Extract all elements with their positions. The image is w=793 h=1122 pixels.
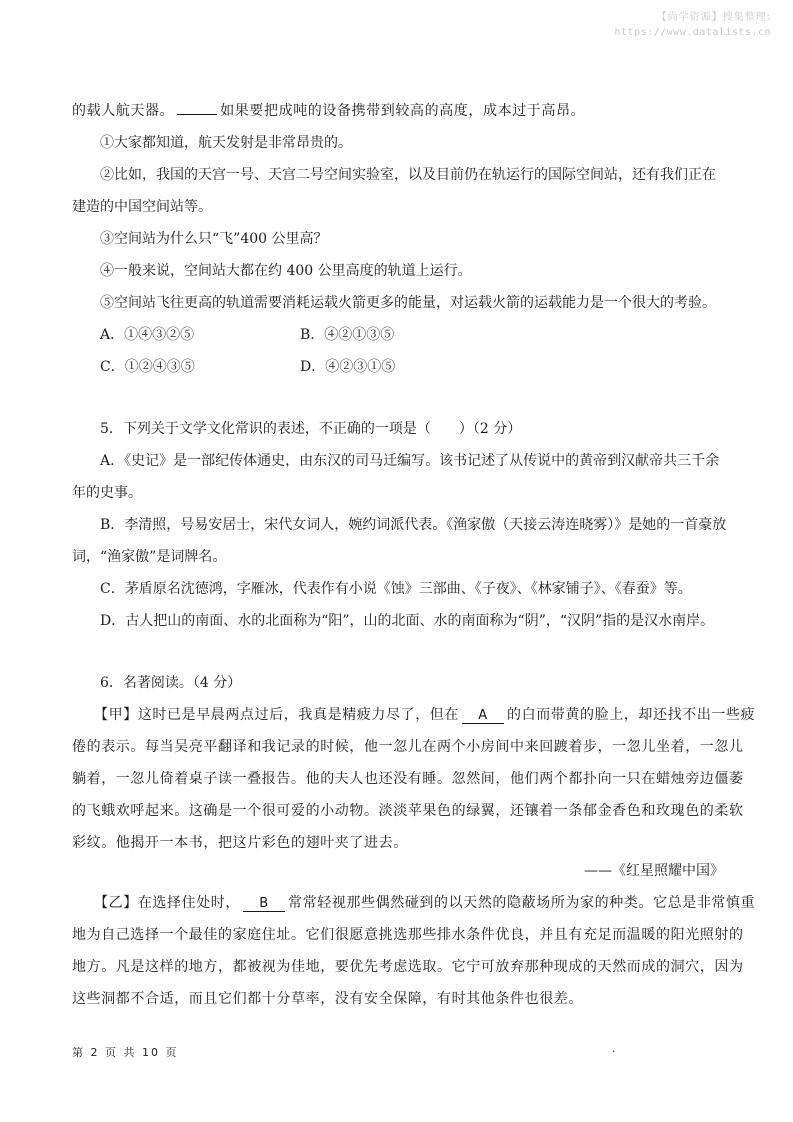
q6-stem: 6．名著阅读。（4 分） — [100, 673, 241, 693]
q6-yi-line-1: 【乙】在选择住处时，B常常轻视那些偶然碰到的以天然的隐蔽场所为家的种类。它总是非… — [94, 893, 755, 913]
q6-jia-source: ——《红星照耀中国》 — [584, 861, 724, 881]
q5-option-a-cont: 年的史事。 — [72, 483, 142, 503]
q6-yi-text-before: 在选择住处时， — [138, 895, 240, 911]
q4-options-row-1: A．①④③②⑤ B．④②①③⑤ — [100, 325, 500, 345]
q5-option-c[interactable]: C．茅盾原名沈德鸿，字雁冰，代表作有小说《蚀》三部曲、《子夜》、《林家铺子》、《… — [100, 579, 692, 599]
footer-dot: . — [612, 1042, 616, 1055]
q4-sentence-3: ③空间站为什么只“飞”400 公里高？ — [100, 229, 328, 249]
q4-option-d[interactable]: D．④②③①⑤ — [300, 357, 395, 377]
q4-answer-blank — [177, 100, 217, 115]
page-number: 第 2 页 共 10 页 — [72, 1044, 178, 1060]
q6-yi-label: 【乙】 — [94, 895, 138, 911]
q6-yi-line-3: 地方。凡是这样的地方，都被视为佳地，要优先考虑选取。它宁可放弃那种现成的天然而成… — [72, 957, 744, 977]
q4-sentence-1: ①大家都知道，航天发射是非常昂贵的。 — [100, 133, 352, 153]
q4-continuation-end: 如果要把成吨的设备携带到较高的高度，成本过于高昂。 — [220, 103, 585, 119]
q6-jia-line-2: 倦的表示。每当吴亮平翻译和我记录的时候，他一忽儿在两个小房间中来回踱着步，一忽儿… — [72, 737, 744, 757]
q4-continuation-start: 的载人航天器。 — [72, 103, 174, 119]
q4-continuation: 的载人航天器。如果要把成吨的设备携带到较高的高度，成本过于高昂。 — [72, 100, 585, 121]
q6-yi-line-2: 地为自己选择一个最佳的家庭住址。它们很愿意挑选那些排水条件优良，并且有充足而温暖… — [72, 925, 744, 945]
q6-jia-text-after: 的白而带黄的脸上，却还找不出一些疲 — [507, 707, 755, 723]
q4-sentence-4: ④一般来说，空间站大都在约 400 公里高度的轨道上运行。 — [100, 261, 472, 281]
q4-option-a[interactable]: A．①④③②⑤ — [100, 327, 194, 343]
q5-option-b[interactable]: B．李清照，号易安居士，宋代女词人，婉约词派代表。《渔家傲（天接云涛连晓雾）》是… — [100, 515, 726, 535]
q6-jia-line-3: 躺着，一忽儿倚着桌子读一叠报告。他的夫人也还没有睡。忽然间，他们两个都扑向一只在… — [72, 769, 744, 789]
q4-sentence-5: ⑤空间站飞往更高的轨道需要消耗运载火箭更多的能量，对运载火箭的运载能力是一个很大… — [100, 293, 716, 313]
q6-jia-label: 【甲】 — [94, 707, 138, 723]
q5-option-a[interactable]: A．《史记》是一部纪传体通史，由东汉的司马迁编写。该书记述了从传说中的黄帝到汉献… — [100, 451, 719, 471]
q4-option-b[interactable]: B．④②①③⑤ — [300, 325, 394, 345]
q4-option-c[interactable]: C．①②④③⑤ — [100, 359, 195, 375]
q6-jia-text-before: 这时已是早晨两点过后，我真是精疲力尽了，但在 — [138, 707, 459, 723]
q6-yi-text-after: 常常轻视那些偶然碰到的以天然的隐蔽场所为家的种类。它总是非常慎重 — [288, 895, 755, 911]
q4-sentence-2: ②比如，我国的天宫一号、天宫二号空间实验室，以及目前仍在轨运行的国际空间站，还有… — [100, 165, 716, 185]
q6-yi-line-4: 这些洞都不合适，而且它们都十分草率，没有安全保障，有时其他条件也很差。 — [72, 989, 583, 1009]
q6-jia-line-5: 彩纹。他揭开一本书，把这片彩色的翅叶夹了进去。 — [72, 833, 408, 853]
watermark-title: 【尚学资源】搜集整理: — [615, 10, 772, 25]
q4-sentence-2-cont: 建造的中国空间站等。 — [72, 197, 212, 217]
q4-options-row-2: C．①②④③⑤ D．④②③①⑤ — [100, 357, 500, 377]
q5-option-b-cont: 词，“渔家傲”是词牌名。 — [72, 547, 226, 567]
q6-jia-line-4: 的飞蛾欢呼起来。这确是一个很可爱的小动物。淡淡苹果色的绿翼，还镶着一条郁金香色和… — [72, 801, 744, 821]
q5-stem: 5．下列关于文学文化常识的表述，不正确的一项是（ ）（2 分） — [100, 419, 521, 439]
q6-jia-line-1: 【甲】这时已是早晨两点过后，我真是精疲力尽了，但在A的白而带黄的脸上，却还找不出… — [94, 705, 755, 725]
q6-blank-a: A — [462, 708, 504, 724]
watermark-url: https://www.datalists.cn — [615, 25, 772, 40]
q6-blank-b: B — [243, 896, 285, 912]
watermark: 【尚学资源】搜集整理: https://www.datalists.cn — [615, 10, 772, 40]
q5-option-d[interactable]: D．古人把山的南面、水的北面称为“阳”，山的北面、水的南面称为“阴”，“汉阴”指… — [100, 611, 714, 631]
